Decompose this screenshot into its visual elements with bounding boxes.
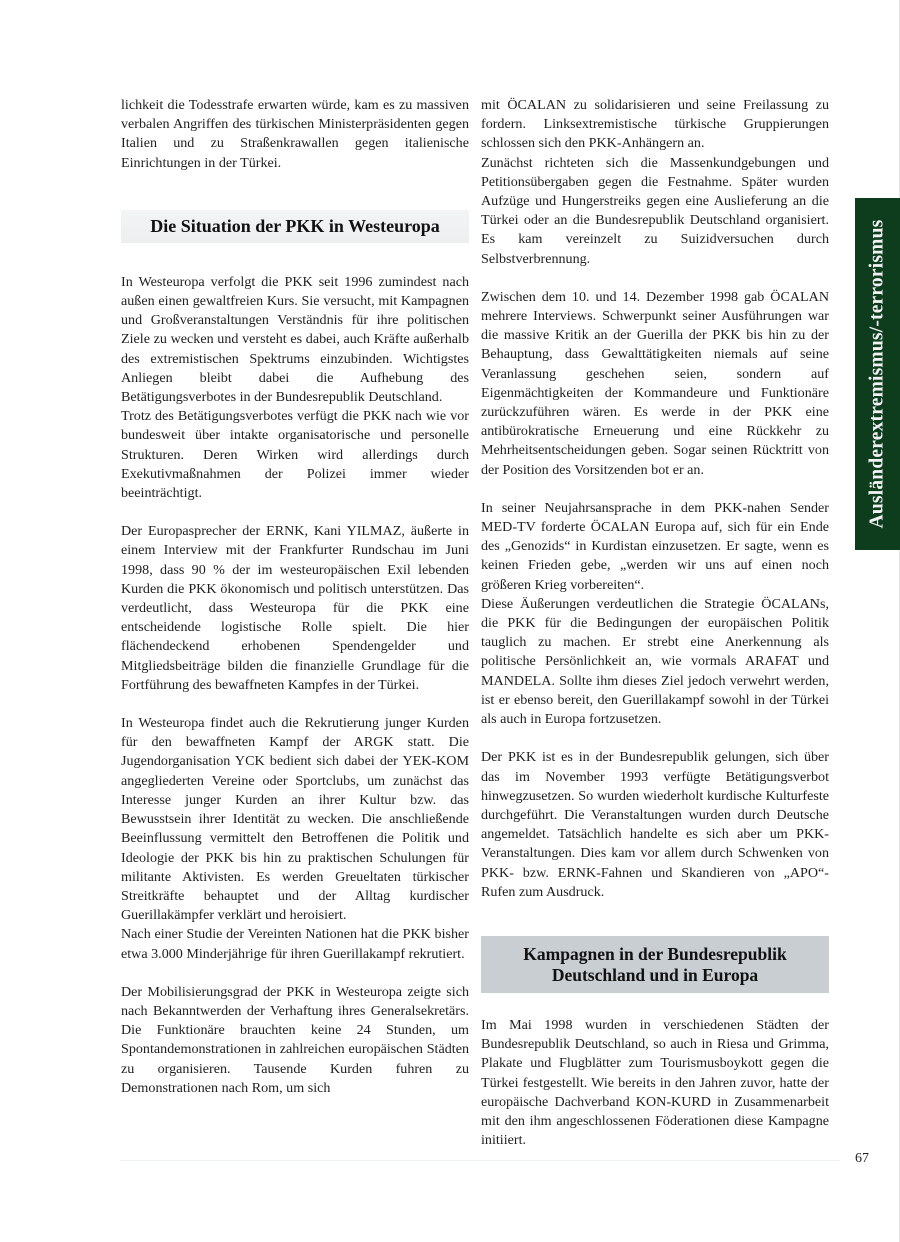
- paragraph: In seiner Neujahrsansprache in dem PKK-n…: [481, 499, 829, 595]
- heading-line: Kampagnen in der Bundesrepublik: [481, 944, 829, 965]
- page-number: 67: [855, 1151, 869, 1167]
- paragraph: Der PKK ist es in der Bundesrepublik gel…: [481, 748, 829, 902]
- section-heading-kampagnen: Kampagnen in der Bundesrepublik Deutschl…: [481, 936, 829, 993]
- left-column: lichkeit die Todesstrafe erwarten würde,…: [121, 96, 469, 1098]
- paragraph: Trotz des Betätigungsverbotes verfügt di…: [121, 407, 469, 503]
- footer-divider: [120, 1160, 840, 1161]
- paragraph: In Westeuropa verfolgt die PKK seit 1996…: [121, 273, 469, 407]
- heading-line: Deutschland und in Europa: [481, 965, 829, 986]
- paragraph: Diese Äußerungen verdeutlichen die Strat…: [481, 595, 829, 729]
- chapter-side-tab-label: Ausländerextremismus/-terrorismus: [867, 220, 889, 529]
- paragraph: Der Europasprecher der ERNK, Kani YILMAZ…: [121, 522, 469, 695]
- intro-paragraph: lichkeit die Todesstrafe erwarten würde,…: [121, 96, 469, 173]
- right-column: mit ÖCALAN zu solidarisieren und seine F…: [481, 96, 829, 1150]
- chapter-side-tab: Ausländerextremismus/-terrorismus: [855, 198, 900, 550]
- paragraph: Der Mobilisierungsgrad der PKK in Westeu…: [121, 983, 469, 1098]
- paragraph: Nach einer Studie der Vereinten Nationen…: [121, 925, 469, 963]
- paragraph: Zunächst richteten sich die Massenkundge…: [481, 154, 829, 269]
- paragraph: Im Mai 1998 wurden in verschiedenen Städ…: [481, 1016, 829, 1150]
- section-heading-westeuropa: Die Situation der PKK in Westeuropa: [121, 210, 469, 243]
- paragraph: Zwischen dem 10. und 14. Dezember 1998 g…: [481, 288, 829, 480]
- paragraph: mit ÖCALAN zu solidarisieren und seine F…: [481, 96, 829, 154]
- paragraph: In Westeuropa findet auch die Rekrutieru…: [121, 714, 469, 925]
